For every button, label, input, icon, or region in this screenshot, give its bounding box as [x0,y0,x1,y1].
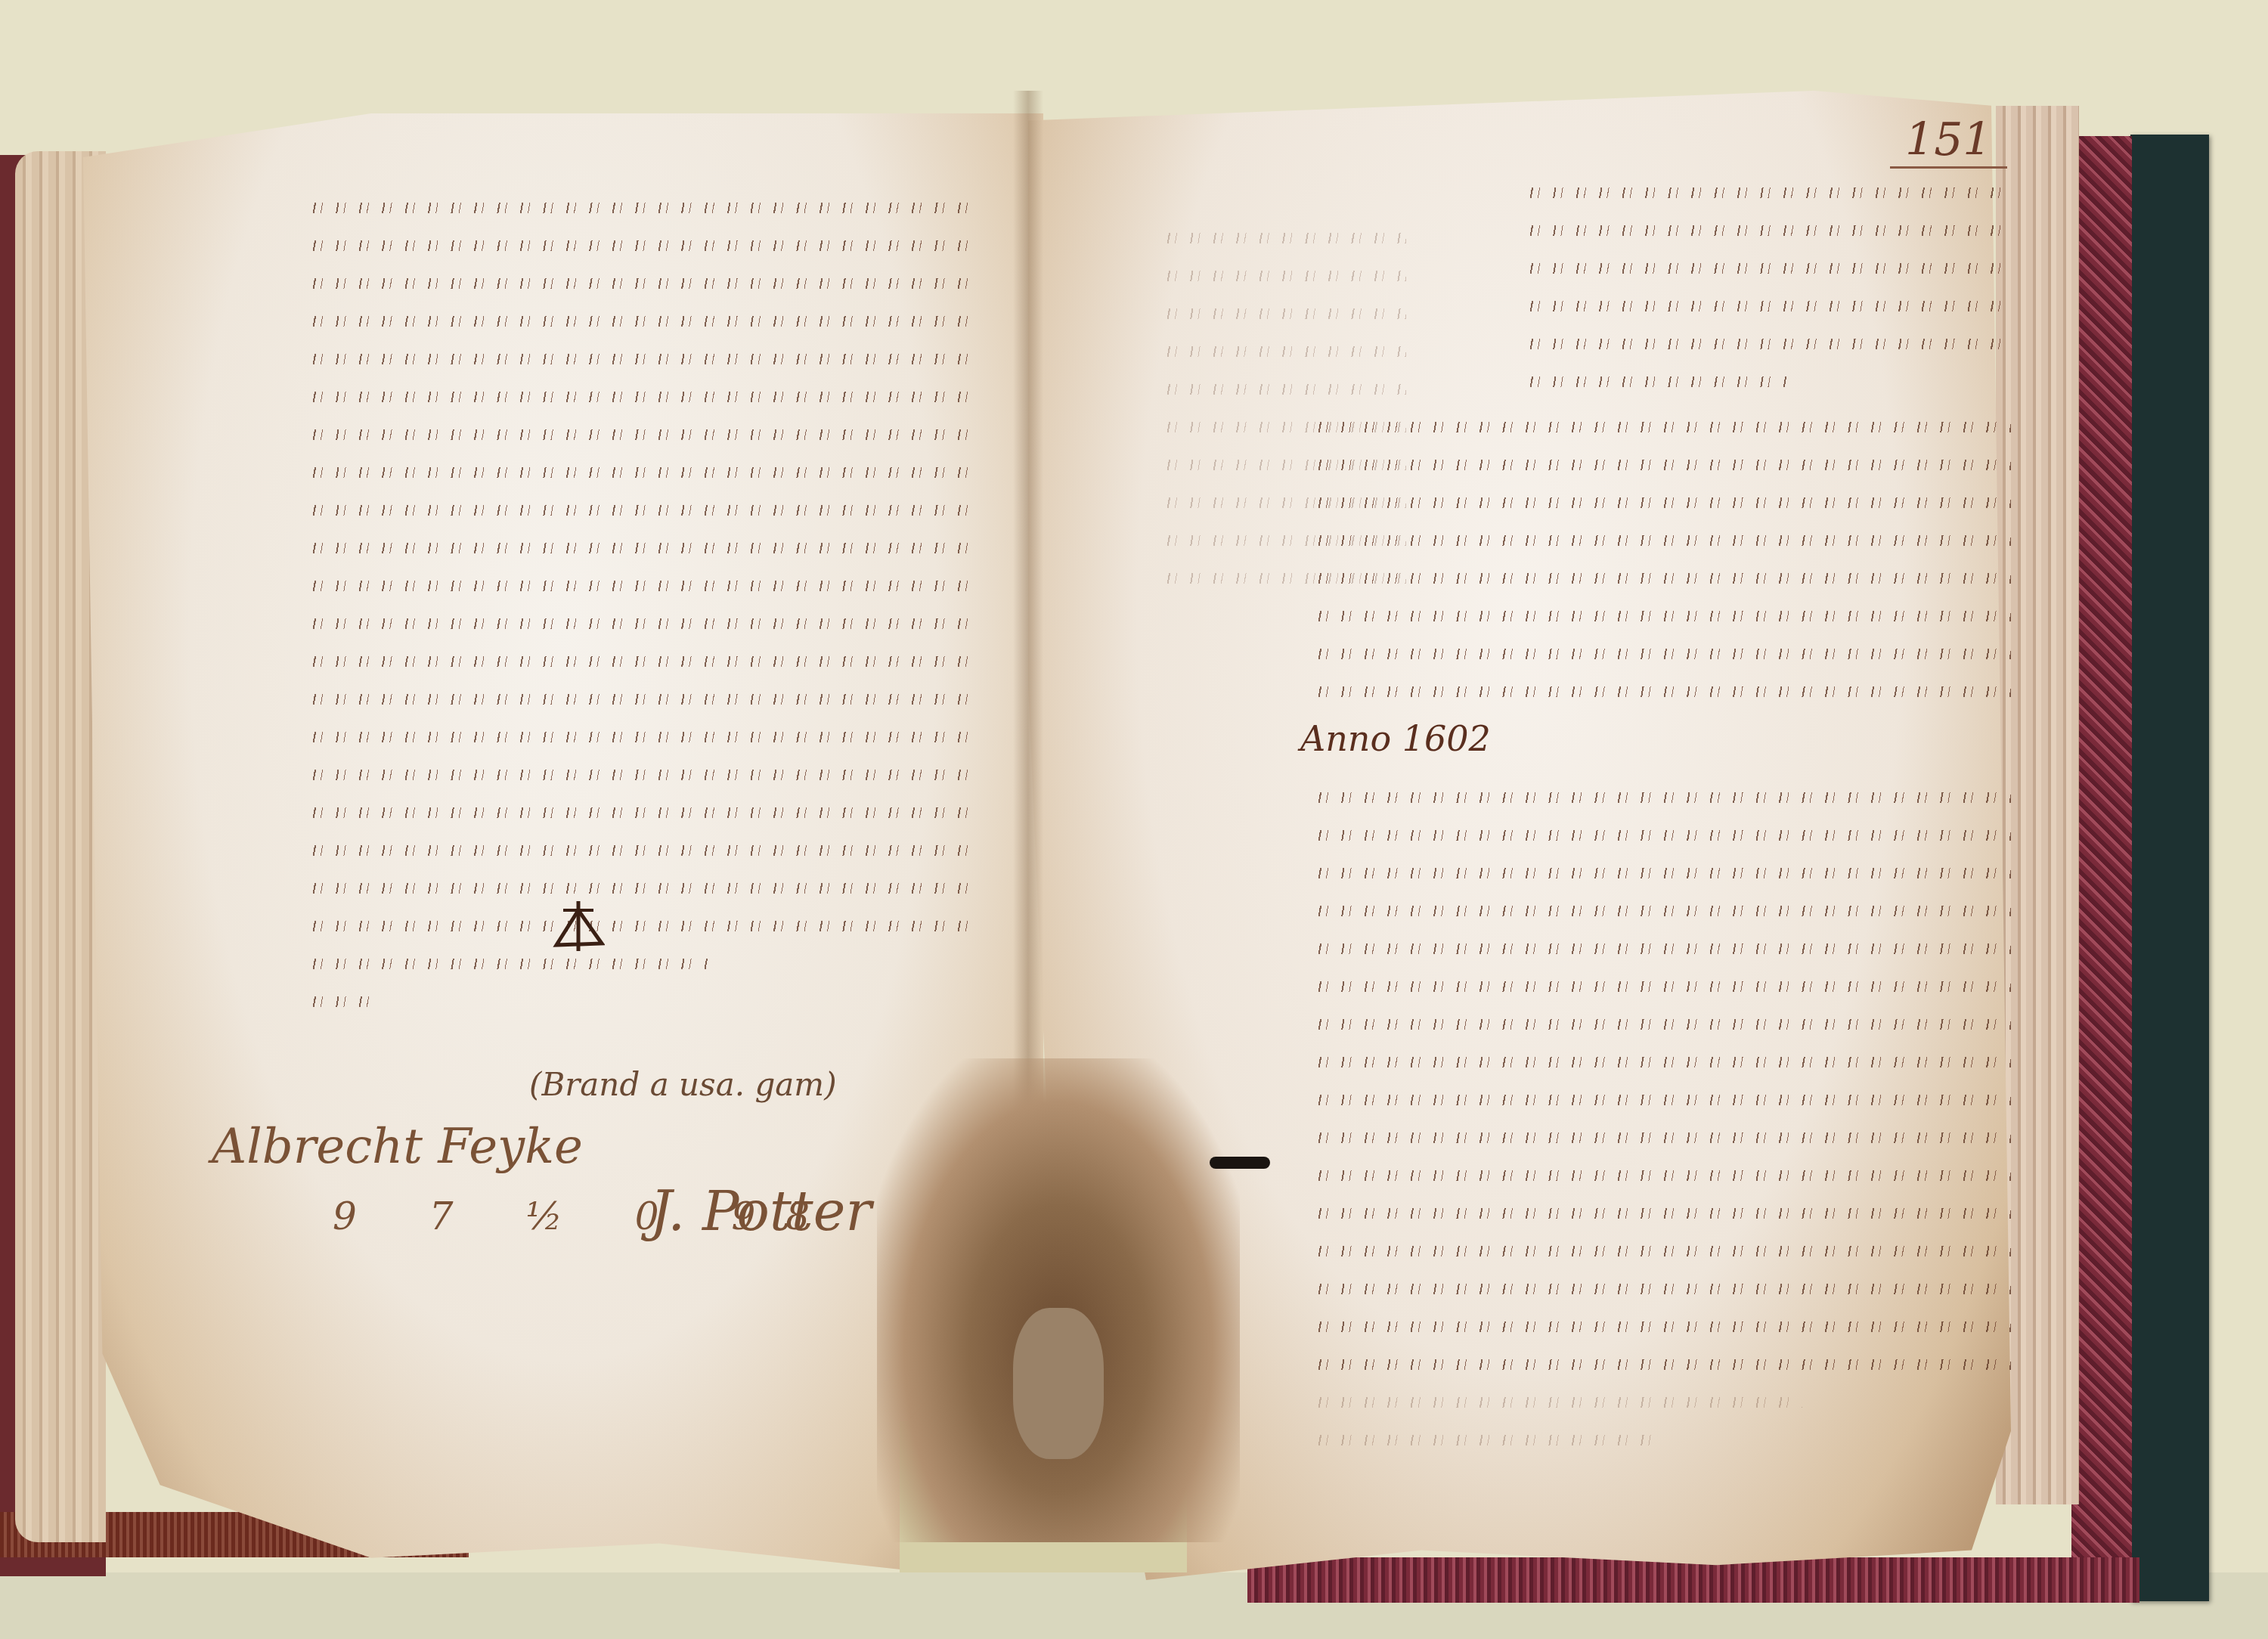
text-line [1315,786,2011,806]
text-line [310,537,975,556]
right-page-body-lower [1315,786,2011,1467]
right-page-header-block [1527,181,2003,408]
text-line [310,423,975,443]
text-line [310,234,975,254]
text-line [1315,1202,2011,1222]
text-line [1315,937,2011,957]
text-line [1315,1089,2011,1108]
text-line [310,839,975,859]
ink-blot [1210,1157,1270,1169]
signature-potter: J. Potter [650,1179,872,1243]
text-line [1315,1278,2011,1297]
text-line [310,877,975,897]
text-line [1315,1429,1663,1448]
text-line [310,915,975,934]
damaged-spine-hole [1013,1308,1104,1459]
text-line [1527,257,2003,277]
notary-mark-icon [552,900,605,953]
text-line [310,386,975,405]
text-line [1164,340,1406,360]
text-line [1315,1164,2011,1184]
text-line [1527,181,2003,201]
text-line [1164,227,1406,246]
text-line [1315,1315,2011,1335]
text-line [1315,1126,2011,1146]
right-cover-marbled-paper [2071,136,2132,1595]
bottom-marbled-edge [1247,1557,2139,1603]
text-line [1527,370,1789,390]
text-line [1164,378,1406,398]
text-line [310,726,975,745]
text-line [310,801,975,821]
text-line [310,310,975,330]
text-line [310,461,975,481]
text-line [1315,862,2011,881]
text-line [310,197,975,216]
right-page-body-upper [1315,416,2011,718]
text-line [310,953,709,972]
text-line [310,575,975,594]
signature-albrecht: Albrecht Feyke [212,1119,583,1175]
left-page-text-block [310,197,975,1028]
page-number: 151 [1890,113,2007,169]
text-line [310,612,975,632]
text-line [1315,900,2011,919]
text-line [1315,1051,2011,1070]
text-line [1315,824,2011,844]
text-line [310,499,975,519]
text-line [1527,219,2003,239]
text-line [1315,1013,2011,1033]
text-line [1315,1353,2011,1373]
text-line [310,764,975,783]
date-anno-1602: Anno 1602 [1300,718,1491,759]
text-line [1315,529,2011,549]
text-line [1315,1240,2011,1259]
text-line [310,348,975,367]
text-line [1164,265,1406,284]
text-line [310,990,376,1010]
text-line [310,272,975,292]
text-line [1527,295,2003,314]
text-line [1315,975,2011,995]
text-line [1527,333,2003,352]
book-gutter [1013,91,1043,1149]
text-line [310,650,975,670]
closing-line: (Brand a usa. gam) [529,1066,837,1103]
text-line [1164,302,1406,322]
right-cover-cloth [2130,135,2209,1601]
text-line [310,688,975,708]
text-line [1315,643,2011,662]
burn-damage-area [877,1058,1240,1542]
text-line [1315,605,2011,624]
text-line [1315,454,2011,473]
text-line [1315,491,2011,511]
text-line [1315,680,2011,700]
text-line [1315,567,2011,587]
text-line [1315,1391,1802,1411]
text-line [1315,416,2011,435]
